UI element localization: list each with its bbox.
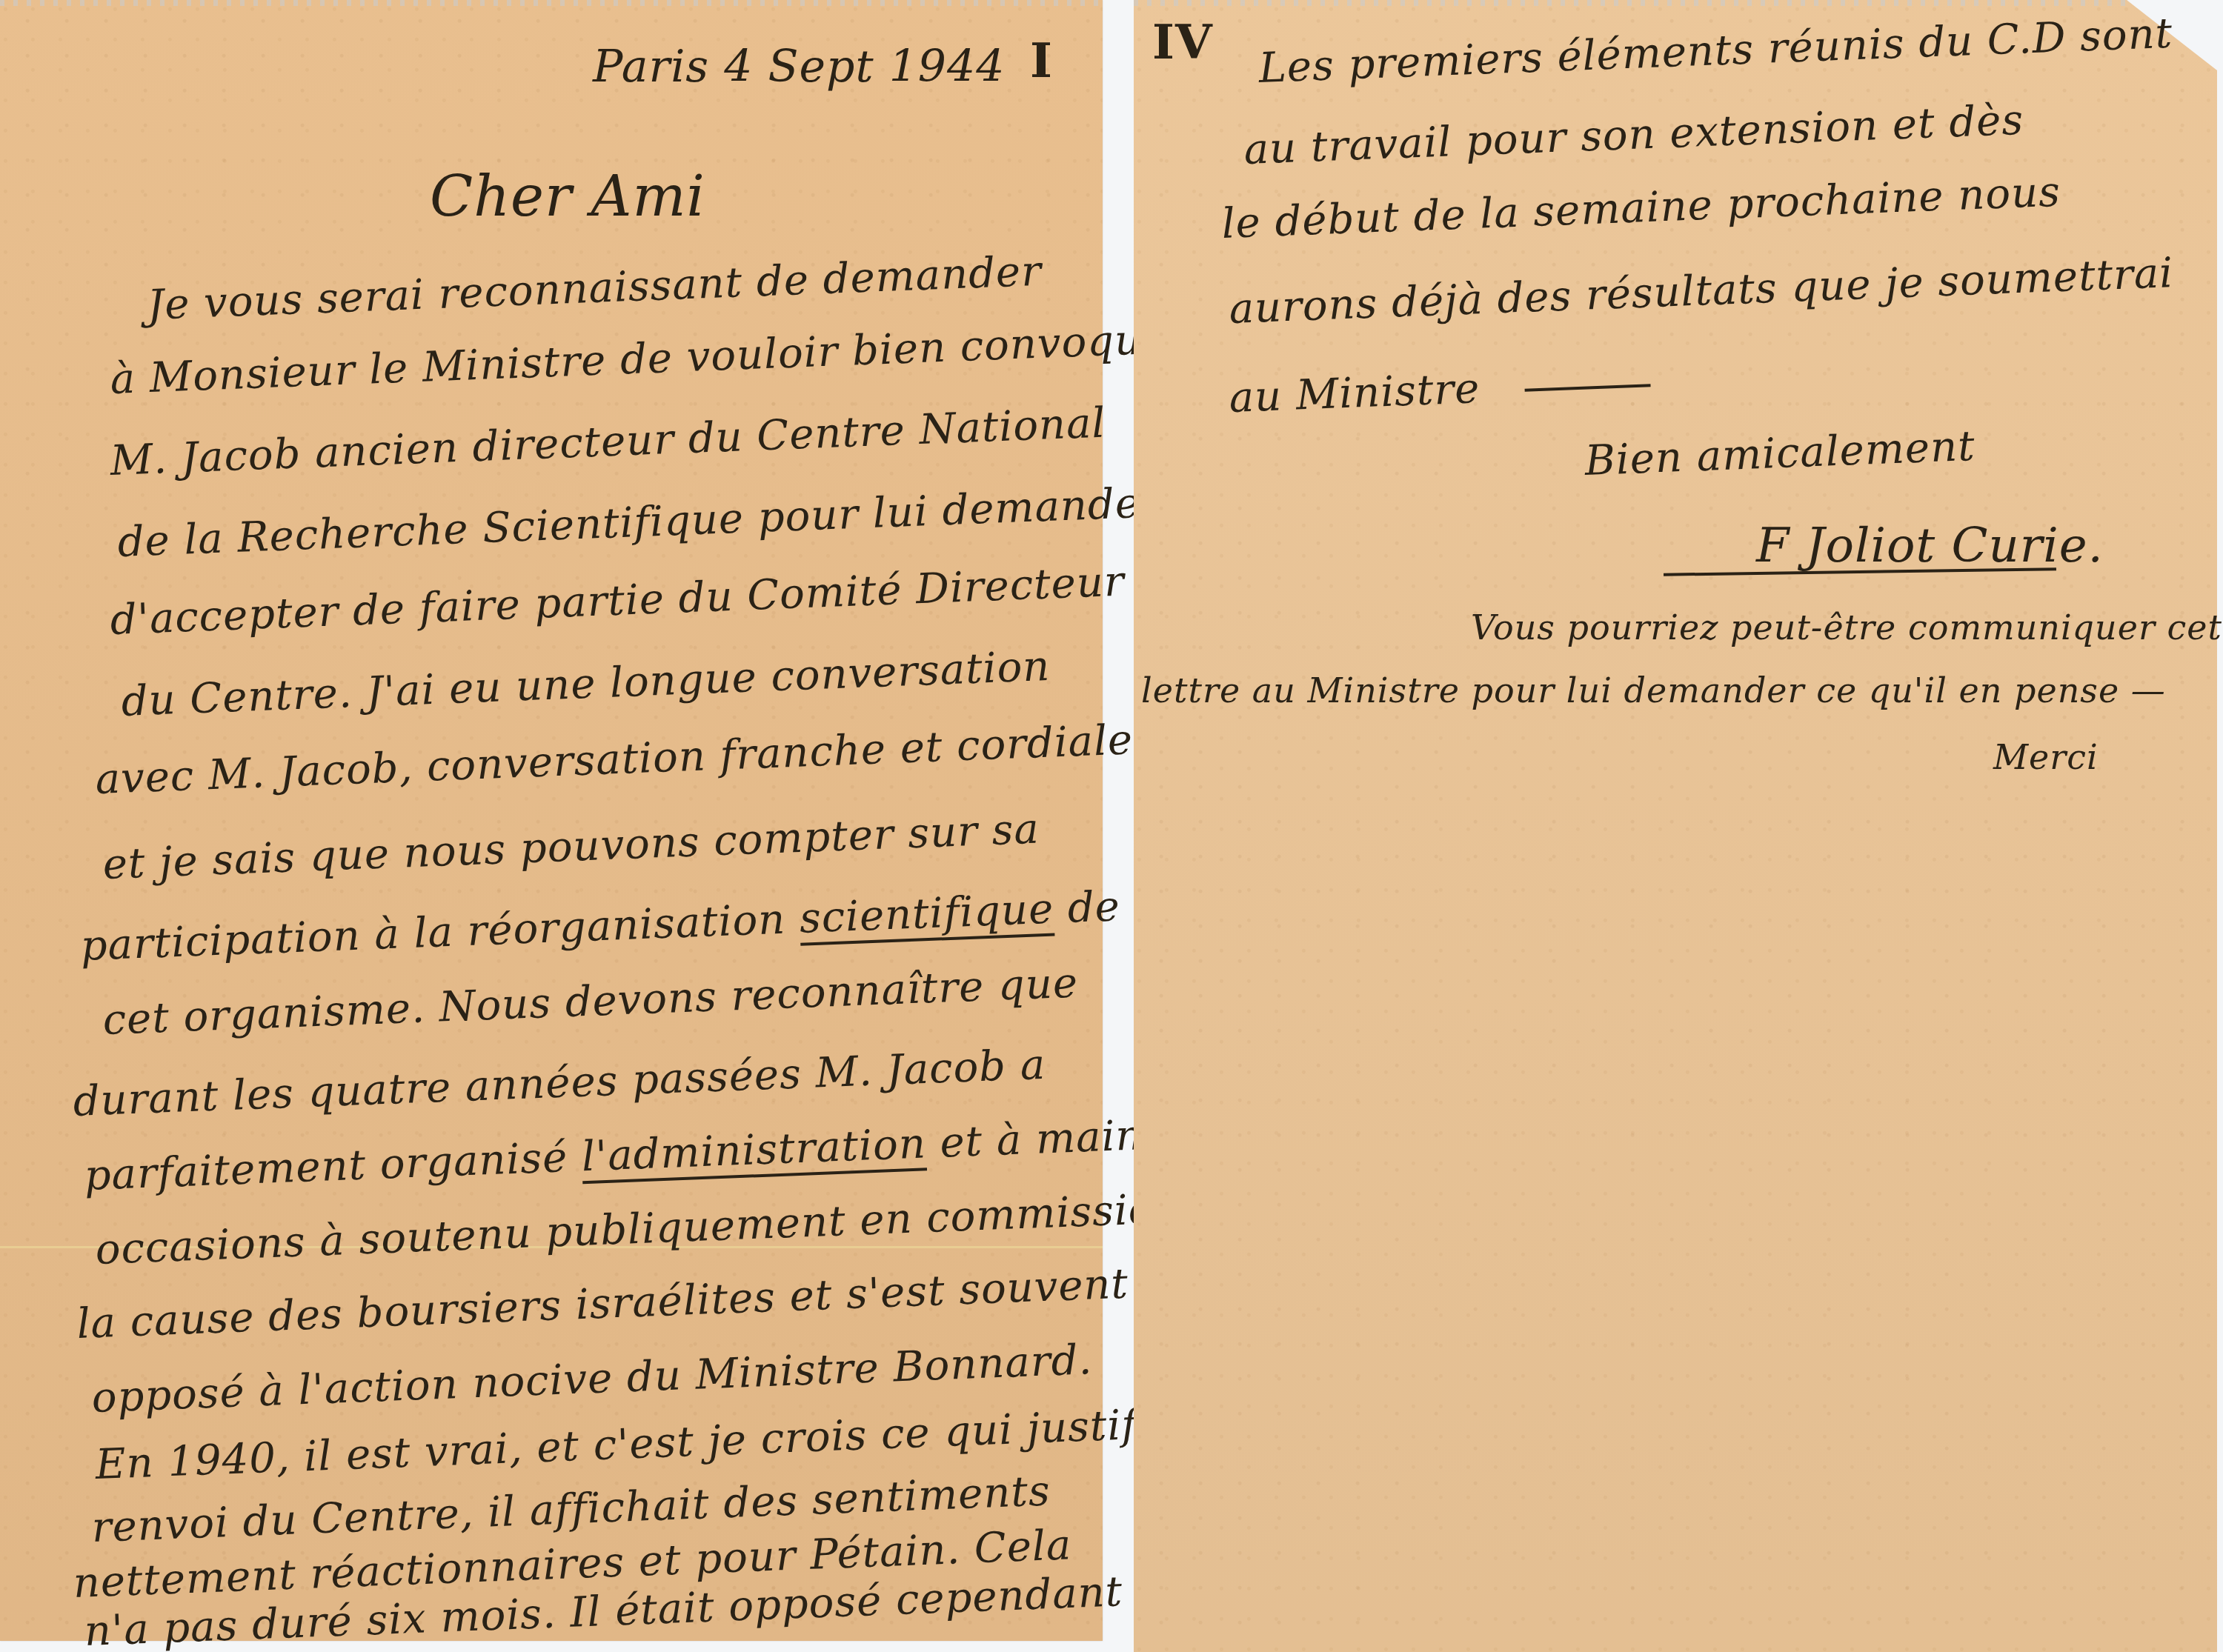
underlined-word: scientifique [799, 885, 1055, 943]
signature: F Joliot Curie. [1756, 519, 2104, 573]
letter-date: Paris 4 Sept 1944 [593, 41, 1005, 93]
postscript-merci: Merci [1993, 737, 2099, 777]
dash-mark [1524, 384, 1650, 392]
letter-line-text: au Ministre [1229, 364, 1481, 422]
postscript-line: Vous pourriez peut-être communiquer cett… [1471, 607, 2223, 647]
perforated-edge [1134, 0, 2217, 6]
page-number-left: I [1030, 33, 1053, 89]
salutation: Cher Ami [430, 163, 705, 229]
letter-page-right [1134, 0, 2217, 1652]
perforated-edge [0, 0, 1103, 6]
page-number-right: IV [1152, 15, 1213, 70]
postscript-line: lettre au Ministre pour lui demander ce … [1141, 670, 2166, 710]
